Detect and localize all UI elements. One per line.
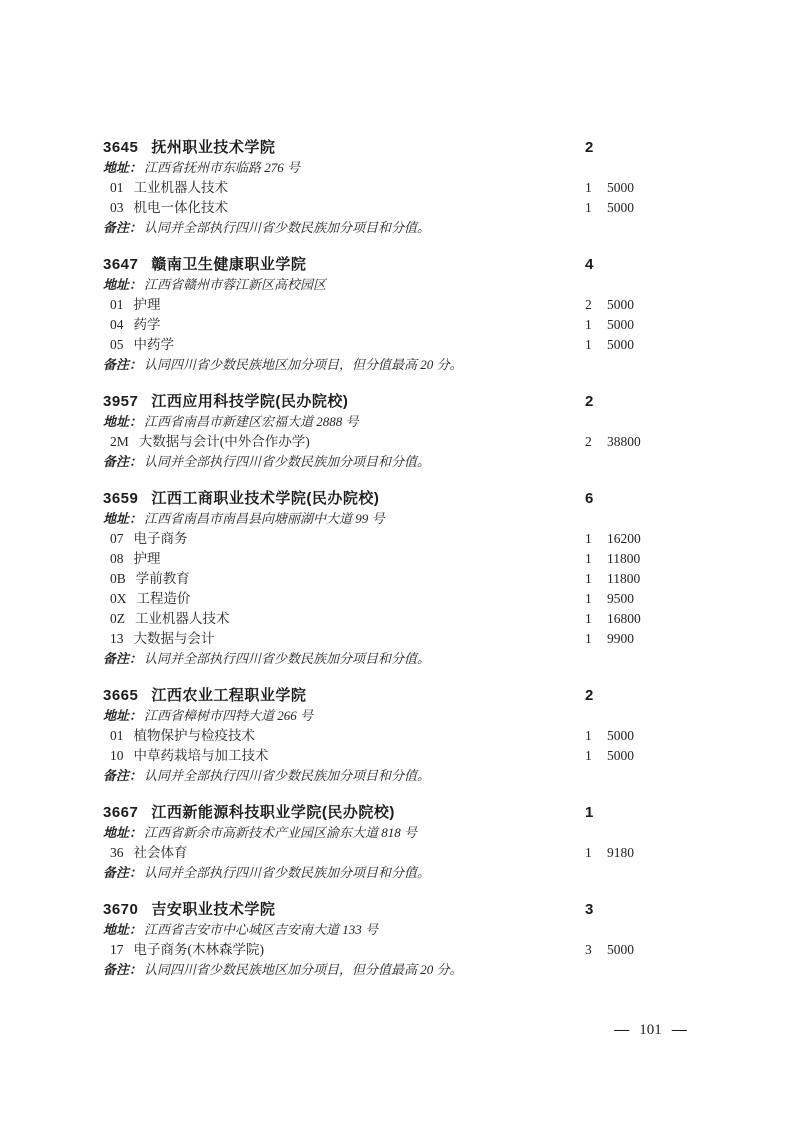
college-code: 3659 [103,490,138,507]
major-plan-count: 1 [585,726,592,746]
major-code: 0B [110,571,126,586]
major-fee: 16200 [607,529,641,549]
college-address-line: 地址：江西省抚州市东临路 276 号 [103,158,663,178]
college-address-line: 地址：江西省南昌市南昌县向塘丽湖中大道 99 号 [103,509,663,529]
plan-list: 3645抚州职业技术学院 2 地址：江西省抚州市东临路 276 号 01工业机器… [103,138,663,980]
major-fee: 5000 [607,295,634,315]
major-plan-count: 2 [585,295,592,315]
college-note-line: 备注：认同四川省少数民族地区加分项目，但分值最高 20 分。 [103,355,663,375]
major-fee: 5000 [607,178,634,198]
college-code: 3957 [103,393,138,410]
college-code: 3645 [103,139,138,156]
major-row: 2M大数据与会计(中外合作办学) 2 38800 [103,432,663,452]
note-text: 认同四川省少数民族地区加分项目，但分值最高 20 分。 [144,357,463,372]
major-name: 电子商务(木林森学院) [134,942,265,957]
major-plan-count: 1 [585,549,592,569]
major-row: 36社会体育 1 9180 [103,843,663,863]
note-text: 认同并全部执行四川省少数民族加分项目和分值。 [144,768,430,783]
college-note-line: 备注：认同并全部执行四川省少数民族加分项目和分值。 [103,218,663,238]
major-code: 36 [110,845,124,860]
note-text: 认同并全部执行四川省少数民族加分项目和分值。 [144,220,430,235]
major-name: 大数据与会计(中外合作办学) [139,434,310,449]
major-plan-count: 1 [585,335,592,355]
major-plan-count: 2 [585,432,592,452]
major-name: 工业机器人技术 [135,611,230,626]
address-label: 地址： [103,825,142,840]
footer-left-dash: — [614,1022,629,1038]
college-plan-total: 3 [585,900,594,920]
major-row: 01护理 2 5000 [103,295,663,315]
major-plan-count: 3 [585,940,592,960]
page-number-footer: —101— [563,1022,738,1039]
major-plan-count: 1 [585,589,592,609]
college-name: 江西应用科技学院(民办院校) [151,393,348,410]
college-heading: 3957江西应用科技学院(民办院校) 2 [103,392,663,412]
address-label: 地址： [103,414,142,429]
major-fee: 5000 [607,746,634,766]
college-section: 3647赣南卫生健康职业学院 4 地址：江西省赣州市蓉江新区高校园区 01护理 … [103,255,663,375]
major-name: 护理 [134,551,161,566]
major-code: 03 [110,200,124,215]
major-code: 07 [110,531,124,546]
address-text: 江西省赣州市蓉江新区高校园区 [144,277,326,292]
major-name: 中药学 [134,337,175,352]
address-text: 江西省南昌市新建区宏福大道 2888 号 [144,414,359,429]
major-name: 大数据与会计 [134,631,215,646]
college-section: 3670吉安职业技术学院 3 地址：江西省吉安市中心城区吉安南大道 133 号 … [103,900,663,980]
major-fee: 11800 [607,549,640,569]
address-text: 江西省新余市高新技术产业园区渝东大道 818 号 [144,825,417,840]
major-name: 电子商务 [134,531,188,546]
major-plan-count: 1 [585,529,592,549]
college-name: 吉安职业技术学院 [151,901,275,918]
note-label: 备注： [103,651,142,666]
major-plan-count: 1 [585,629,592,649]
college-address-line: 地址：江西省南昌市新建区宏福大道 2888 号 [103,412,663,432]
college-name: 江西新能源科技职业学院(民办院校) [151,804,395,821]
major-name: 工业机器人技术 [134,180,229,195]
note-text: 认同四川省少数民族地区加分项目，但分值最高 20 分。 [144,962,463,977]
major-code: 08 [110,551,124,566]
major-code: 2M [110,434,129,449]
major-row: 07电子商务 1 16200 [103,529,663,549]
college-plan-total: 2 [585,138,594,158]
address-text: 江西省抚州市东临路 276 号 [144,160,300,175]
major-fee: 5000 [607,198,634,218]
note-text: 认同并全部执行四川省少数民族加分项目和分值。 [144,865,430,880]
major-code: 05 [110,337,124,352]
note-text: 认同并全部执行四川省少数民族加分项目和分值。 [144,454,430,469]
note-label: 备注： [103,454,142,469]
college-address-line: 地址：江西省新余市高新技术产业园区渝东大道 818 号 [103,823,663,843]
college-plan-total: 2 [585,686,594,706]
college-note-line: 备注：认同并全部执行四川省少数民族加分项目和分值。 [103,649,663,669]
college-code: 3667 [103,804,138,821]
college-section: 3957江西应用科技学院(民办院校) 2 地址：江西省南昌市新建区宏福大道 28… [103,392,663,472]
major-fee: 11800 [607,569,640,589]
major-name: 药学 [134,317,161,332]
college-plan-total: 6 [585,489,594,509]
major-plan-count: 1 [585,569,592,589]
college-heading: 3647赣南卫生健康职业学院 4 [103,255,663,275]
address-label: 地址： [103,922,142,937]
college-heading: 3670吉安职业技术学院 3 [103,900,663,920]
major-name: 社会体育 [134,845,188,860]
major-plan-count: 1 [585,315,592,335]
address-label: 地址： [103,708,142,723]
note-label: 备注： [103,357,142,372]
college-plan-total: 4 [585,255,594,275]
major-row: 0X工程造价 1 9500 [103,589,663,609]
address-label: 地址： [103,277,142,292]
major-fee: 9900 [607,629,634,649]
college-note-line: 备注：认同并全部执行四川省少数民族加分项目和分值。 [103,766,663,786]
college-section: 3665江西农业工程职业学院 2 地址：江西省樟树市四特大道 266 号 01植… [103,686,663,786]
college-note-line: 备注：认同并全部执行四川省少数民族加分项目和分值。 [103,452,663,472]
major-name: 护理 [134,297,161,312]
major-row: 17电子商务(木林森学院) 3 5000 [103,940,663,960]
major-row: 04药学 1 5000 [103,315,663,335]
major-code: 0Z [110,611,125,626]
college-code: 3647 [103,256,138,273]
major-name: 学前教育 [136,571,190,586]
major-plan-count: 1 [585,198,592,218]
major-fee: 9180 [607,843,634,863]
page-number: 101 [639,1022,662,1038]
college-code: 3670 [103,901,138,918]
major-row: 01植物保护与检疫技术 1 5000 [103,726,663,746]
major-plan-count: 1 [585,843,592,863]
address-label: 地址： [103,160,142,175]
major-row: 13大数据与会计 1 9900 [103,629,663,649]
college-name: 赣南卫生健康职业学院 [151,256,306,273]
college-code: 3665 [103,687,138,704]
college-plan-total: 1 [585,803,594,823]
college-address-line: 地址：江西省樟树市四特大道 266 号 [103,706,663,726]
college-heading: 3659江西工商职业技术学院(民办院校) 6 [103,489,663,509]
major-code: 01 [110,297,124,312]
footer-right-dash: — [672,1022,687,1038]
document-page: 3645抚州职业技术学院 2 地址：江西省抚州市东临路 276 号 01工业机器… [0,0,794,1123]
college-note-line: 备注：认同并全部执行四川省少数民族加分项目和分值。 [103,863,663,883]
note-label: 备注： [103,962,142,977]
major-row: 03机电一体化技术 1 5000 [103,198,663,218]
address-text: 江西省樟树市四特大道 266 号 [144,708,313,723]
college-section: 3667江西新能源科技职业学院(民办院校) 1 地址：江西省新余市高新技术产业园… [103,803,663,883]
note-label: 备注： [103,768,142,783]
college-name: 江西农业工程职业学院 [151,687,306,704]
college-note-line: 备注：认同四川省少数民族地区加分项目，但分值最高 20 分。 [103,960,663,980]
address-label: 地址： [103,511,142,526]
college-heading: 3667江西新能源科技职业学院(民办院校) 1 [103,803,663,823]
major-name: 中草药栽培与加工技术 [134,748,269,763]
major-fee: 5000 [607,335,634,355]
note-label: 备注： [103,220,142,235]
major-name: 工程造价 [137,591,191,606]
college-name: 抚州职业技术学院 [151,139,275,156]
major-row: 10中草药栽培与加工技术 1 5000 [103,746,663,766]
college-address-line: 地址：江西省赣州市蓉江新区高校园区 [103,275,663,295]
major-code: 17 [110,942,124,957]
major-fee: 16800 [607,609,641,629]
major-plan-count: 1 [585,746,592,766]
college-plan-total: 2 [585,392,594,412]
major-plan-count: 1 [585,178,592,198]
major-fee: 5000 [607,940,634,960]
college-section: 3659江西工商职业技术学院(民办院校) 6 地址：江西省南昌市南昌县向塘丽湖中… [103,489,663,669]
major-code: 01 [110,728,124,743]
major-fee: 5000 [607,726,634,746]
major-row: 05中药学 1 5000 [103,335,663,355]
address-text: 江西省南昌市南昌县向塘丽湖中大道 99 号 [144,511,385,526]
note-label: 备注： [103,865,142,880]
college-heading: 3665江西农业工程职业学院 2 [103,686,663,706]
major-name: 机电一体化技术 [134,200,229,215]
major-row: 0B学前教育 1 11800 [103,569,663,589]
major-code: 13 [110,631,124,646]
major-row: 0Z工业机器人技术 1 16800 [103,609,663,629]
major-fee: 38800 [607,432,641,452]
college-section: 3645抚州职业技术学院 2 地址：江西省抚州市东临路 276 号 01工业机器… [103,138,663,238]
address-text: 江西省吉安市中心城区吉安南大道 133 号 [144,922,378,937]
major-code: 01 [110,180,124,195]
major-fee: 9500 [607,589,634,609]
college-heading: 3645抚州职业技术学院 2 [103,138,663,158]
major-row: 01工业机器人技术 1 5000 [103,178,663,198]
major-name: 植物保护与检疫技术 [134,728,256,743]
major-code: 0X [110,591,127,606]
major-code: 10 [110,748,124,763]
major-row: 08护理 1 11800 [103,549,663,569]
major-fee: 5000 [607,315,634,335]
major-code: 04 [110,317,124,332]
college-address-line: 地址：江西省吉安市中心城区吉安南大道 133 号 [103,920,663,940]
college-name: 江西工商职业技术学院(民办院校) [151,490,379,507]
major-plan-count: 1 [585,609,592,629]
note-text: 认同并全部执行四川省少数民族加分项目和分值。 [144,651,430,666]
